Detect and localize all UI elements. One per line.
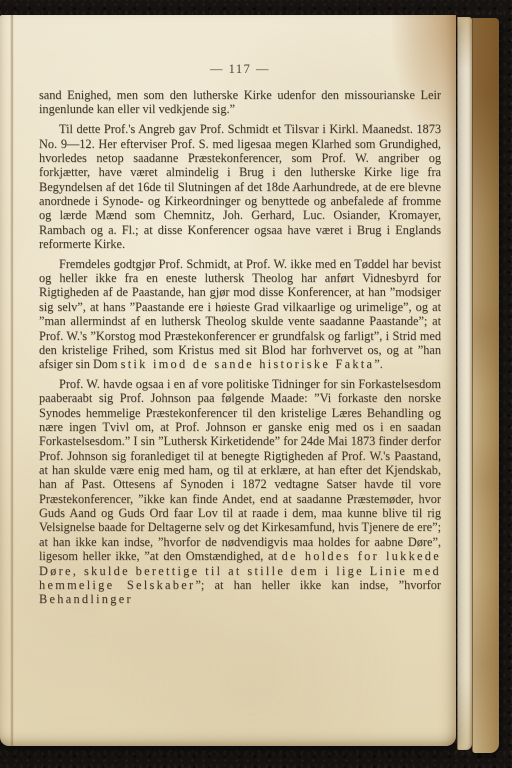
body-text: Fremdeles godtgjør Prof. Schmidt, at Pro… (39, 257, 441, 371)
gutter-crease (10, 15, 14, 746)
body-text: Til dette Prof.'s Angreb gav Prof. Schmi… (39, 122, 441, 251)
photo-background: — 117 — sand Enighed, men som den luther… (0, 0, 512, 768)
book-page: — 117 — sand Enighed, men som den luther… (0, 15, 456, 746)
emphasized-text: Behandlinger (39, 592, 133, 606)
under-page-edge (457, 17, 472, 750)
body-text: ”. (374, 357, 383, 371)
emphasized-text: stik imod de sande historiske Fakta (121, 357, 375, 371)
body-text: Prof. W. havde ogsaa i en af vore politi… (39, 377, 441, 563)
page-content: — 117 — sand Enighed, men som den luther… (39, 62, 441, 698)
text-block: sand Enighed, men som den lutherske Kirk… (39, 88, 441, 607)
page-number: — 117 — (39, 62, 441, 77)
body-text: ”; at han heller ikke kan indse, ”hvorfo… (195, 578, 441, 592)
paragraph: sand Enighed, men som den lutherske Kirk… (39, 88, 441, 117)
book-block-stained-edge (472, 18, 499, 753)
paragraph: Prof. W. havde ogsaa i en af vore politi… (39, 377, 441, 607)
paragraph: Til dette Prof.'s Angreb gav Prof. Schmi… (39, 122, 441, 251)
body-text: sand Enighed, men som den lutherske Kirk… (39, 88, 441, 116)
paragraph: Fremdeles godtgjør Prof. Schmidt, at Pro… (39, 257, 441, 372)
